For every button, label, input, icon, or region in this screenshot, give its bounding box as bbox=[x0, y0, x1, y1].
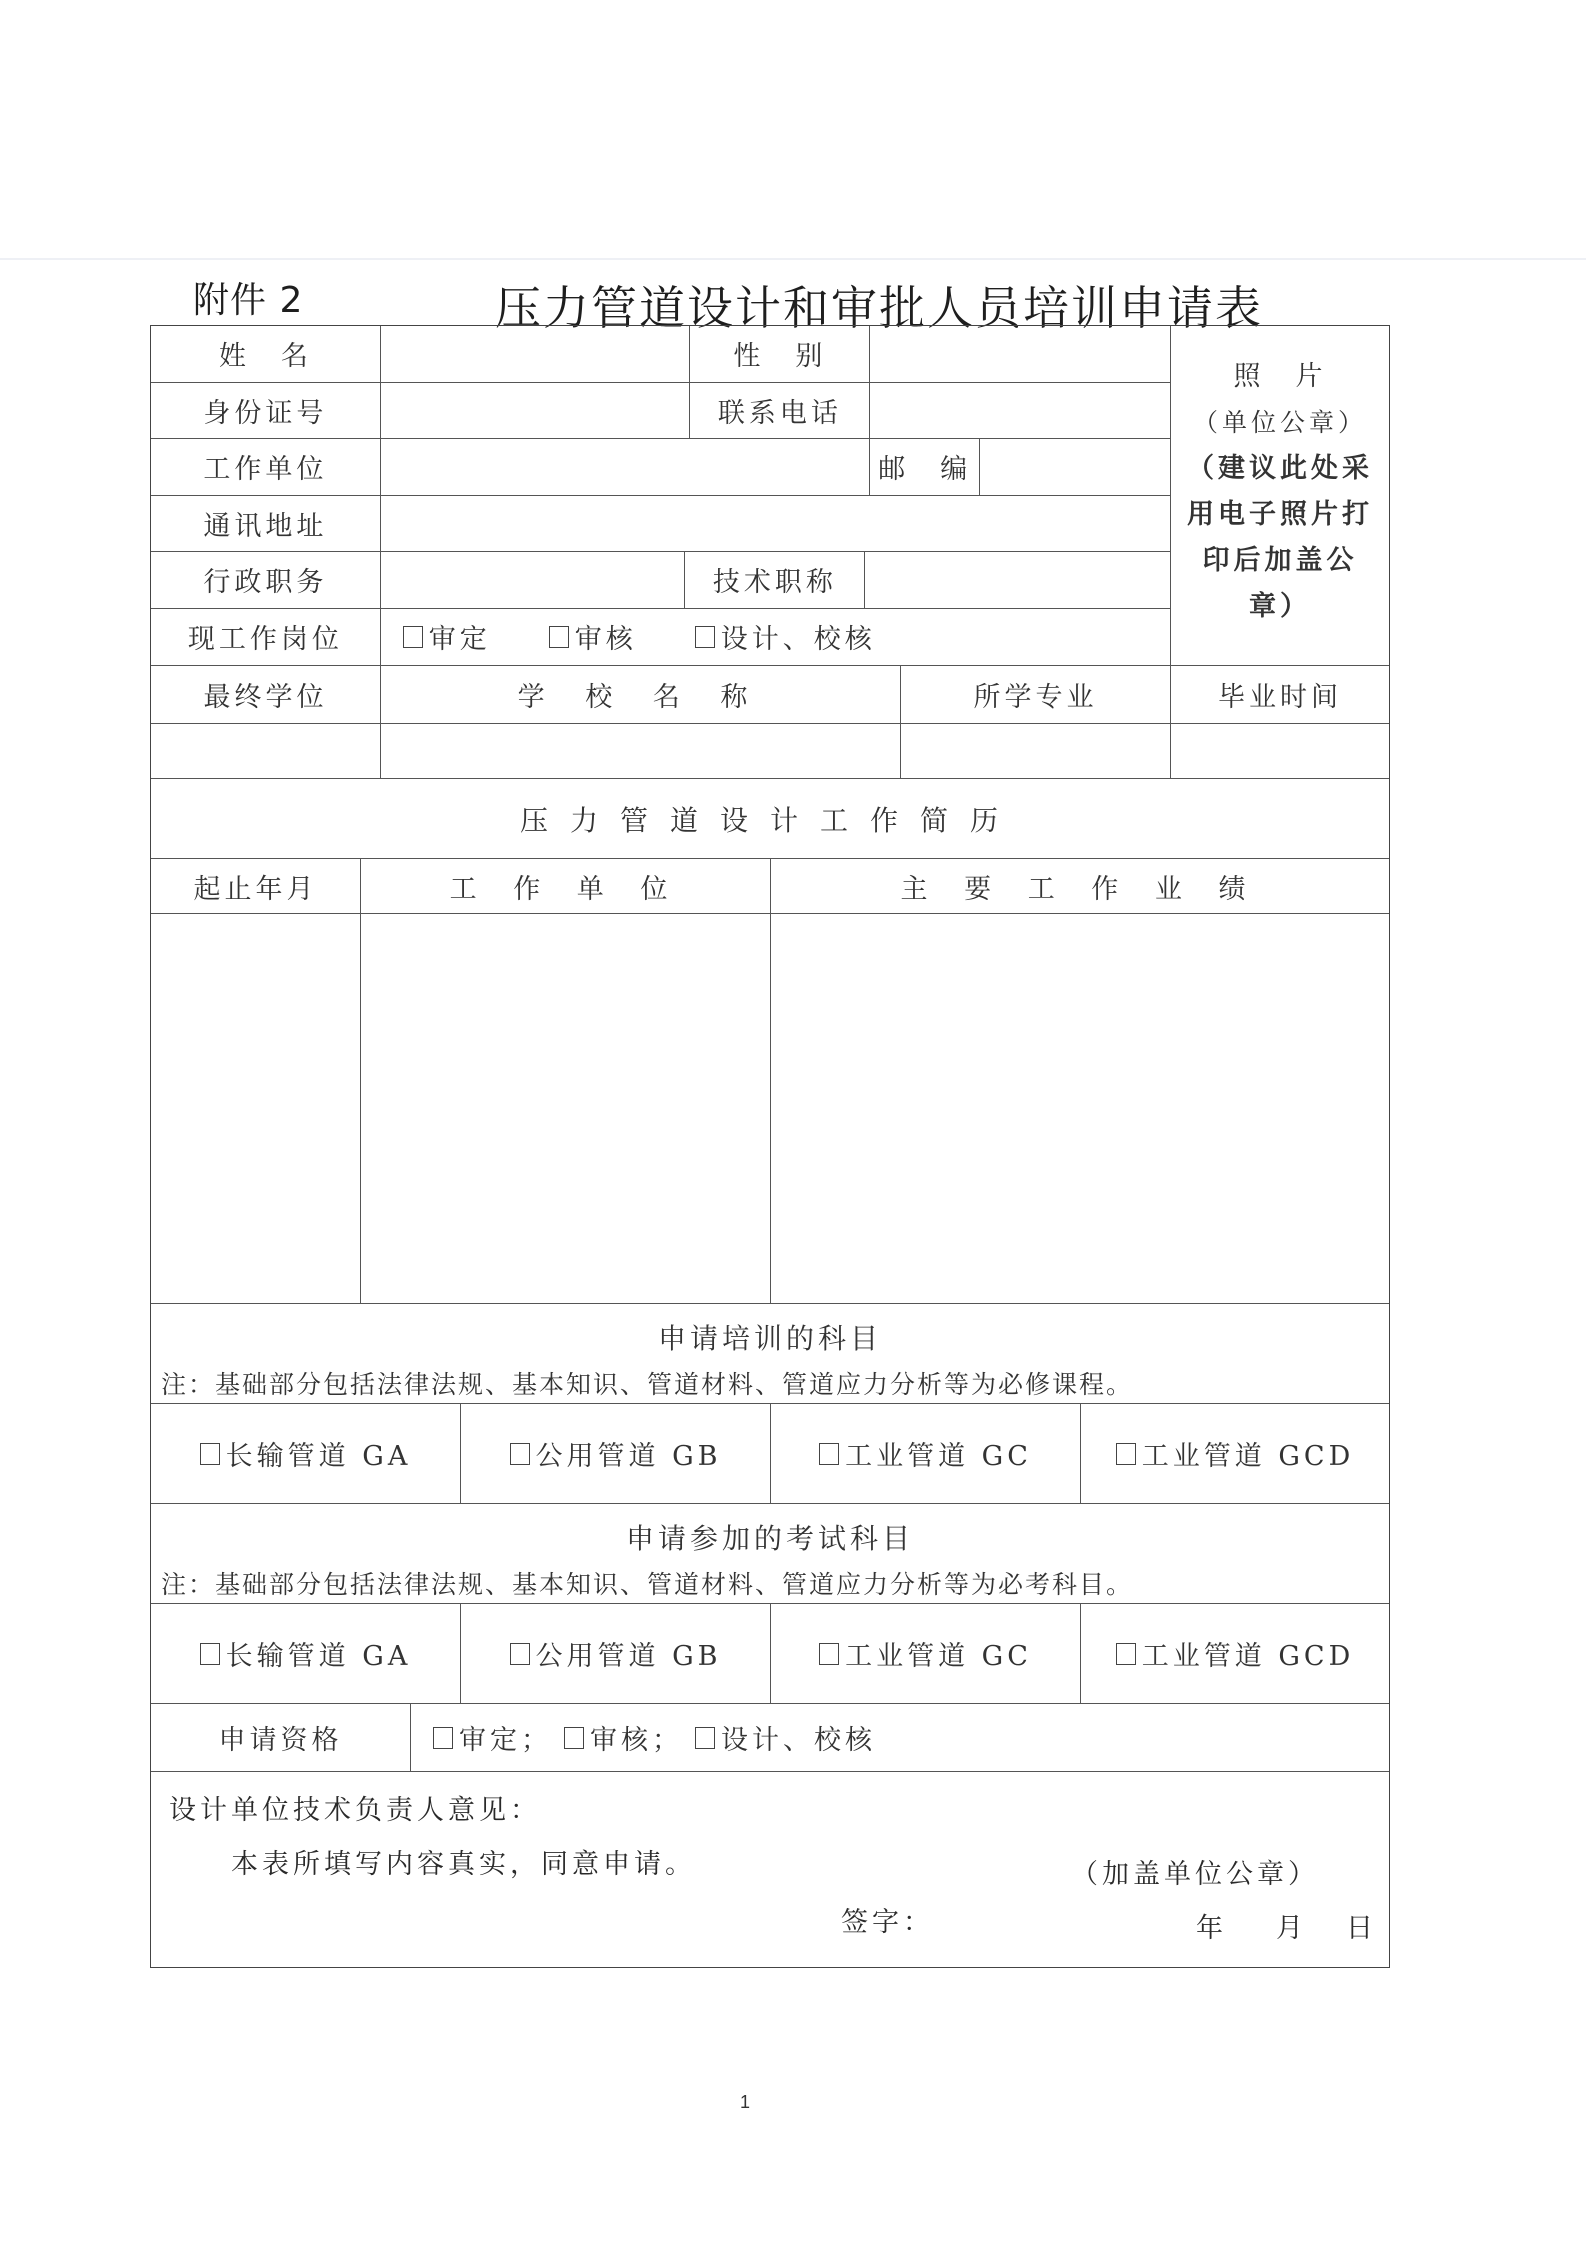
qualification-label: 申请资格 bbox=[151, 1704, 411, 1771]
checkbox-icon[interactable] bbox=[510, 1643, 530, 1665]
row-training-options: 长输管道 GA 公用管道 GB 工业管道 GC 工业管道 GCD bbox=[151, 1404, 1389, 1504]
row-resume-header: 起止年月 工 作 单 位 主 要 工 作 业 绩 bbox=[151, 859, 1389, 914]
name-label: 姓 名 bbox=[151, 326, 381, 382]
current-post-option-approve[interactable]: 审定 bbox=[403, 617, 491, 656]
opinion-label: 设计单位技术负责人意见： bbox=[169, 1788, 541, 1827]
scan-edge-line bbox=[0, 258, 1586, 260]
qualification-option-design[interactable]: 设计、校核 bbox=[695, 1718, 876, 1757]
date-year-label: 年 bbox=[1196, 1906, 1227, 1945]
exam-note: 注：基础部分包括法律法规、基本知识、管道材料、管道应力分析等为必考科目。 bbox=[151, 1557, 1389, 1601]
exam-option-gcd[interactable]: 工业管道 GCD bbox=[1081, 1604, 1389, 1703]
date-month-label: 月 bbox=[1276, 1906, 1307, 1945]
address-label: 通讯地址 bbox=[151, 496, 381, 552]
id-field[interactable] bbox=[381, 383, 691, 439]
checkbox-icon[interactable] bbox=[510, 1443, 530, 1465]
seal-note: （加盖单位公章） bbox=[1071, 1852, 1319, 1891]
degree-field[interactable] bbox=[151, 724, 381, 778]
training-header: 申请培训的科目 注：基础部分包括法律法规、基本知识、管道材料、管道应力分析等为必… bbox=[151, 1304, 1389, 1403]
photo-hint-4: 章） bbox=[1249, 584, 1311, 630]
page-number: 1 bbox=[740, 2092, 750, 2113]
training-option-gb[interactable]: 公用管道 GB bbox=[461, 1404, 771, 1503]
postcode-field[interactable] bbox=[980, 439, 1170, 495]
school-field[interactable] bbox=[381, 724, 901, 778]
attachment-label: 附件 2 bbox=[193, 272, 303, 323]
photo-hint-2: 用电子照片打 bbox=[1187, 492, 1373, 538]
row-training-title: 申请培训的科目 注：基础部分包括法律法规、基本知识、管道材料、管道应力分析等为必… bbox=[151, 1304, 1389, 1404]
row-exam-options: 长输管道 GA 公用管道 GB 工业管道 GC 工业管道 GCD bbox=[151, 1604, 1389, 1704]
training-note: 注：基础部分包括法律法规、基本知识、管道材料、管道应力分析等为必修课程。 bbox=[151, 1357, 1389, 1401]
admin-post-field[interactable] bbox=[381, 552, 686, 608]
exam-title: 申请参加的考试科目 bbox=[151, 1507, 1389, 1557]
row-education-values bbox=[151, 724, 1389, 779]
application-form: 姓 名 性 别 身份证号 联系电话 工作单位 邮 编 通讯地址 bbox=[150, 325, 1390, 1968]
exam-header: 申请参加的考试科目 注：基础部分包括法律法规、基本知识、管道材料、管道应力分析等… bbox=[151, 1504, 1389, 1603]
row-opinion: 设计单位技术负责人意见： 本表所填写内容真实，同意申请。 （加盖单位公章） 签字… bbox=[151, 1772, 1389, 1967]
checkbox-icon[interactable] bbox=[819, 1643, 839, 1665]
major-label: 所学专业 bbox=[901, 666, 1171, 723]
photo-label: 照 片 bbox=[1234, 354, 1327, 400]
checkbox-icon[interactable] bbox=[564, 1727, 584, 1749]
checkbox-icon[interactable] bbox=[200, 1443, 220, 1465]
degree-label: 最终学位 bbox=[151, 666, 381, 723]
training-option-ga[interactable]: 长输管道 GA bbox=[151, 1404, 461, 1503]
employer-field[interactable] bbox=[381, 439, 871, 495]
checkbox-icon[interactable] bbox=[819, 1443, 839, 1465]
row-resume-title: 压力管道设计工作简历 bbox=[151, 779, 1389, 859]
checkbox-icon[interactable] bbox=[695, 1727, 715, 1749]
checkbox-icon[interactable] bbox=[1116, 1443, 1136, 1465]
name-field[interactable] bbox=[381, 326, 691, 382]
date-day-label: 日 bbox=[1346, 1906, 1377, 1945]
exam-option-ga[interactable]: 长输管道 GA bbox=[151, 1604, 461, 1703]
row-qualification: 申请资格 审定； 审核； 设计、校核 bbox=[151, 1704, 1389, 1772]
signature-label: 签字： bbox=[841, 1900, 934, 1939]
exam-option-gb[interactable]: 公用管道 GB bbox=[461, 1604, 771, 1703]
resume-col-employer: 工 作 单 位 bbox=[361, 859, 771, 913]
resume-title: 压力管道设计工作简历 bbox=[151, 779, 1389, 858]
training-title: 申请培训的科目 bbox=[151, 1307, 1389, 1357]
photo-box[interactable]: 照 片 （单位公章） （建议此处采 用电子照片打 印后加盖公 章） bbox=[1171, 326, 1389, 665]
opinion-statement: 本表所填写内容真实，同意申请。 bbox=[231, 1842, 696, 1881]
major-field[interactable] bbox=[901, 724, 1171, 778]
tech-title-field[interactable] bbox=[865, 552, 1170, 608]
school-label: 学 校 名 称 bbox=[381, 666, 901, 723]
resume-col-achievements: 主 要 工 作 业 绩 bbox=[771, 859, 1389, 913]
personal-info-block: 姓 名 性 别 身份证号 联系电话 工作单位 邮 编 通讯地址 bbox=[151, 326, 1389, 666]
training-option-gc[interactable]: 工业管道 GC bbox=[771, 1404, 1081, 1503]
phone-field[interactable] bbox=[870, 383, 1170, 439]
photo-seal-note: （单位公章） bbox=[1193, 400, 1367, 446]
qualification-option-review[interactable]: 审核； bbox=[564, 1718, 683, 1757]
resume-achievements-field[interactable] bbox=[771, 914, 1389, 1303]
current-post-option-design[interactable]: 设计、校核 bbox=[695, 617, 876, 656]
checkbox-icon[interactable] bbox=[695, 626, 715, 648]
checkbox-icon[interactable] bbox=[549, 626, 569, 648]
admin-post-label: 行政职务 bbox=[151, 552, 381, 608]
checkbox-icon[interactable] bbox=[200, 1643, 220, 1665]
resume-employer-field[interactable] bbox=[361, 914, 771, 1303]
photo-hint-3: 印后加盖公 bbox=[1203, 538, 1358, 584]
postcode-label: 邮 编 bbox=[870, 439, 980, 495]
row-address: 通讯地址 bbox=[151, 496, 1170, 553]
gender-field[interactable] bbox=[870, 326, 1170, 382]
qualification-options: 审定； 审核； 设计、校核 bbox=[411, 1704, 1389, 1771]
row-admin-post: 行政职务 技术职称 bbox=[151, 552, 1170, 609]
current-post-options: 审定 审核 设计、校核 bbox=[381, 609, 1170, 666]
current-post-option-review[interactable]: 审核 bbox=[549, 617, 637, 656]
resume-period-field[interactable] bbox=[151, 914, 361, 1303]
row-current-post: 现工作岗位 审定 审核 设计、校核 bbox=[151, 609, 1170, 666]
qualification-option-approve[interactable]: 审定； bbox=[433, 1718, 552, 1757]
photo-hint-1: （建议此处采 bbox=[1187, 446, 1373, 492]
row-id: 身份证号 联系电话 bbox=[151, 383, 1170, 440]
row-resume-body bbox=[151, 914, 1389, 1304]
row-employer: 工作单位 邮 编 bbox=[151, 439, 1170, 496]
gender-label: 性 别 bbox=[690, 326, 870, 382]
current-post-label: 现工作岗位 bbox=[151, 609, 381, 666]
checkbox-icon[interactable] bbox=[433, 1727, 453, 1749]
tech-title-label: 技术职称 bbox=[685, 552, 865, 608]
signature-field[interactable] bbox=[951, 1900, 1131, 1934]
id-label: 身份证号 bbox=[151, 383, 381, 439]
grad-time-label: 毕业时间 bbox=[1171, 666, 1389, 723]
resume-col-period: 起止年月 bbox=[151, 859, 361, 913]
exam-option-gc[interactable]: 工业管道 GC bbox=[771, 1604, 1081, 1703]
checkbox-icon[interactable] bbox=[403, 626, 423, 648]
row-name: 姓 名 性 别 bbox=[151, 326, 1170, 383]
training-option-gcd[interactable]: 工业管道 GCD bbox=[1081, 1404, 1389, 1503]
row-education-header: 最终学位 学 校 名 称 所学专业 毕业时间 bbox=[151, 666, 1389, 724]
address-field[interactable] bbox=[381, 496, 1170, 552]
row-exam-title: 申请参加的考试科目 注：基础部分包括法律法规、基本知识、管道材料、管道应力分析等… bbox=[151, 1504, 1389, 1604]
phone-label: 联系电话 bbox=[690, 383, 870, 439]
grad-time-field[interactable] bbox=[1171, 724, 1389, 778]
checkbox-icon[interactable] bbox=[1116, 1643, 1136, 1665]
employer-label: 工作单位 bbox=[151, 439, 381, 495]
